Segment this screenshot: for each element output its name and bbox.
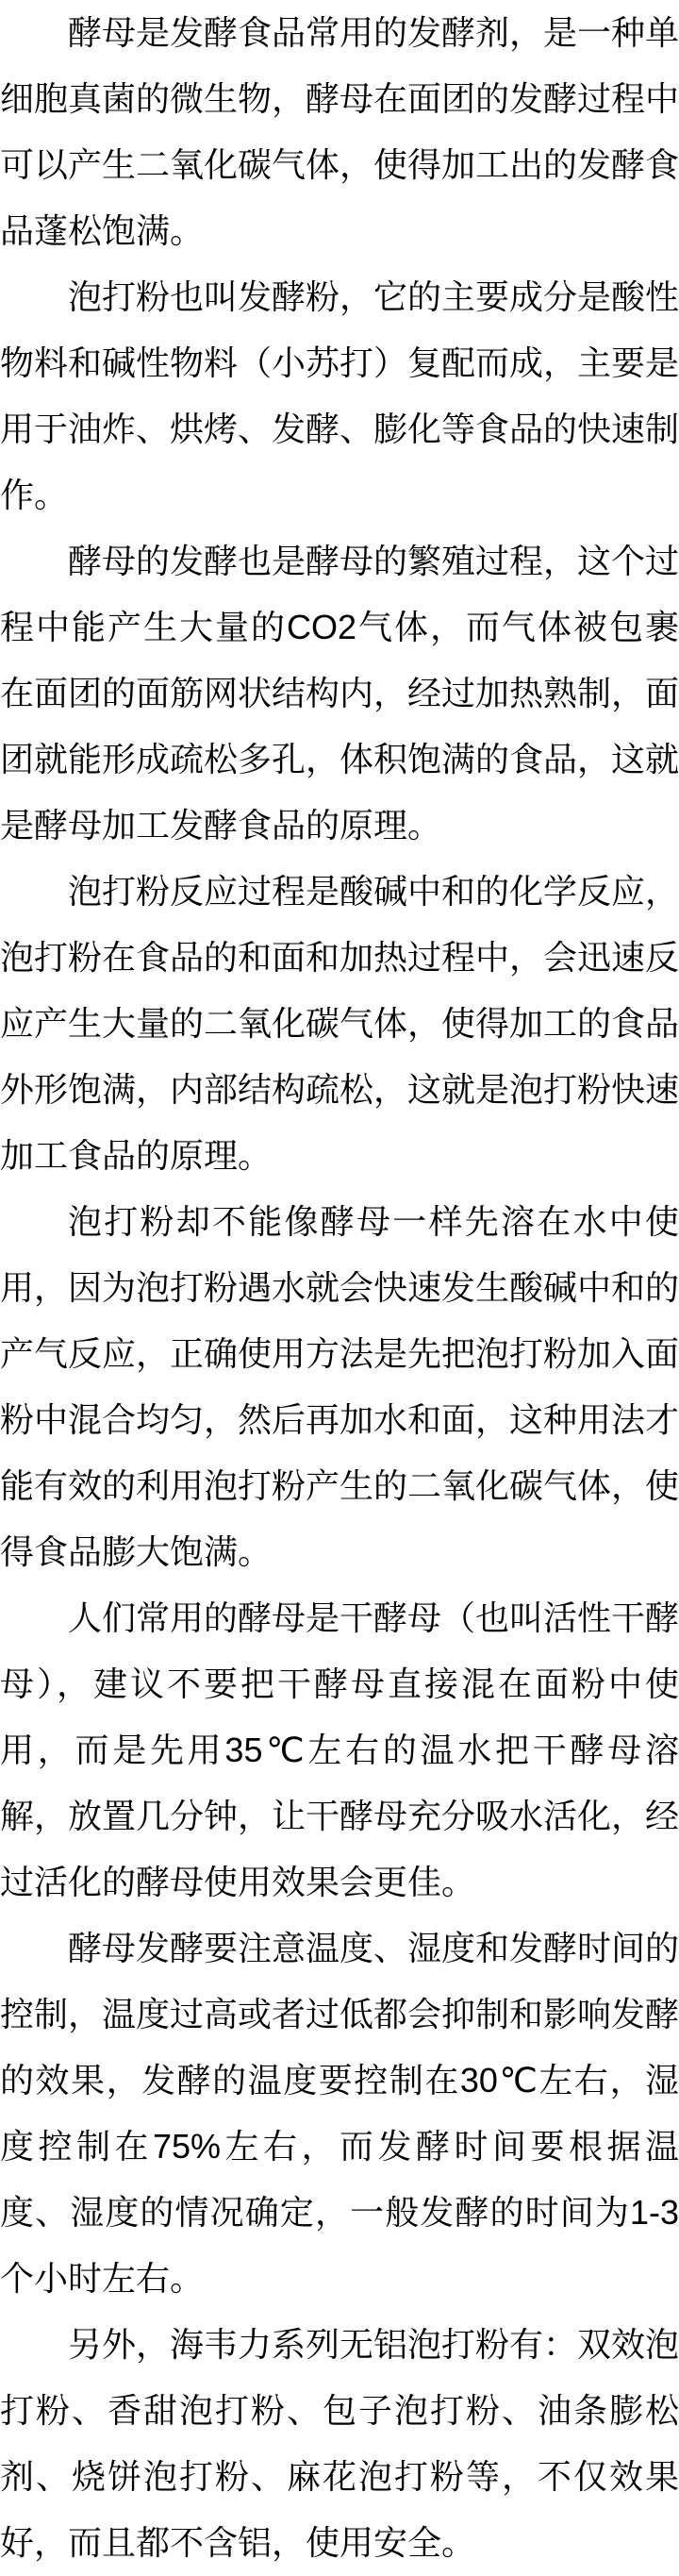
paragraph: 人们常用的酵母是干酵母（也叫活性干酵母），建议不要把干酵母直接混在面粉中使用，而… [0,1585,679,1915]
article-body: 酵母是发酵食品常用的发酵剂，是一种单细胞真菌的微生物，酵母在面团的发酵过程中可以… [0,0,679,2576]
paragraph: 泡打粉反应过程是酸碱中和的化学反应，泡打粉在食品的和面和加热过程中，会迅速反应产… [0,859,679,1189]
paragraph: 泡打粉也叫发酵粉，它的主要成分是酸性物料和碱性物料（小苏打）复配而成，主要是用于… [0,264,679,528]
paragraph: 另外，海韦力系列无铝泡打粉有：双效泡打粉、香甜泡打粉、包子泡打粉、油条膨松剂、烧… [0,2312,679,2576]
paragraph: 酵母是发酵食品常用的发酵剂，是一种单细胞真菌的微生物，酵母在面团的发酵过程中可以… [0,0,679,264]
paragraph: 酵母的发酵也是酵母的繁殖过程，这个过程中能产生大量的CO2气体，而气体被包裹在面… [0,528,679,859]
paragraph: 酵母发酵要注意温度、湿度和发酵时间的控制，温度过高或者过低都会抑制和影响发酵的效… [0,1915,679,2312]
paragraph: 泡打粉却不能像酵母一样先溶在水中使用，因为泡打粉遇水就会快速发生酸碱中和的产气反… [0,1189,679,1585]
